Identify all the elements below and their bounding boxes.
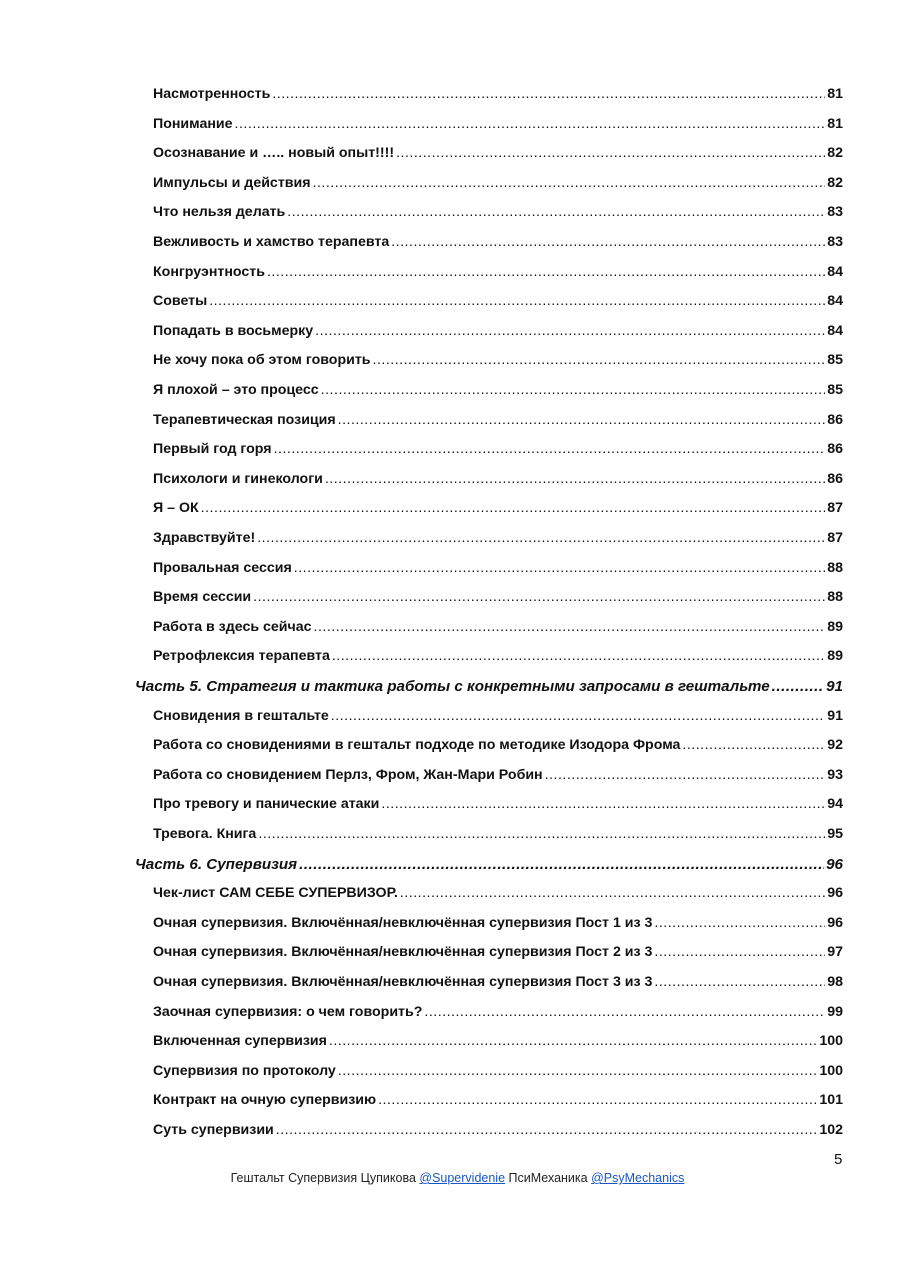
toc-entry[interactable]: Понимание ..............................… (153, 116, 843, 138)
toc-entry-title: Очная супервизия. Включённая/невключённа… (153, 944, 652, 960)
toc-entry-title: Контракт на очную супервизию (153, 1092, 376, 1108)
toc-entry-title: Суть супервизии (153, 1122, 274, 1138)
toc-entry-title: Заочная супервизия: о чем говорить? (153, 1004, 422, 1020)
toc-page-number: 88 (827, 560, 843, 576)
toc-entry-title: Провальная сессия (153, 560, 292, 576)
psymechanics-link[interactable]: @PsyMechanics (591, 1171, 684, 1185)
footer-text: ПсиМеханика (505, 1171, 591, 1185)
toc-leader-dots: ........................................… (682, 737, 825, 753)
toc-page-number: 81 (827, 86, 843, 102)
toc-page-number: 98 (827, 974, 843, 990)
toc-entry-title: Понимание (153, 116, 233, 132)
toc-entry-title: Я – ОК (153, 500, 199, 516)
toc-page-number: 96 (827, 885, 843, 901)
toc-page-number: 96 (827, 915, 843, 931)
toc-leader-dots: ........................................… (654, 915, 825, 931)
toc-leader-dots: ........................................… (253, 589, 825, 605)
toc-page-number: 99 (827, 1004, 843, 1020)
toc-entry-title: Очная супервизия. Включённая/невключённа… (153, 915, 652, 931)
toc-entry-title: Работа со сновидениями в гештальт подход… (153, 737, 680, 753)
toc-page-number: 87 (827, 530, 843, 546)
toc-entry[interactable]: Не хочу пока об этом говорить ..........… (153, 352, 843, 374)
toc-entry-title: Чек-лист САМ СЕБЕ СУПЕРВИЗОР. (153, 885, 398, 901)
document-page: Насмотренность..........................… (0, 0, 915, 1280)
toc-page-number: 89 (827, 648, 843, 664)
toc-entry[interactable]: Вежливость и хамство терапевта .........… (153, 234, 843, 256)
toc-entry[interactable]: Ретрофлексия терапевта..................… (153, 648, 843, 670)
toc-entry[interactable]: Сновидения в гештальте..................… (153, 708, 843, 730)
toc-page-number: 87 (827, 500, 843, 516)
toc-leader-dots: ........................................… (313, 175, 826, 191)
toc-page-number: 86 (827, 441, 843, 457)
toc-page-number: 84 (827, 264, 843, 280)
toc-entry-title: Часть 5. Стратегия и тактика работы с ко… (135, 678, 770, 695)
toc-page-number: 100 (819, 1033, 843, 1049)
toc-entry-title: Включенная супервизия (153, 1033, 327, 1049)
toc-entry[interactable]: Первый год горя ........................… (153, 441, 843, 463)
toc-page-number: 84 (827, 293, 843, 309)
toc-leader-dots: ........................................… (209, 293, 825, 309)
toc-entry[interactable]: Работа со сновидениями в гештальт подход… (153, 737, 843, 759)
toc-entry[interactable]: Я – ОК .................................… (153, 500, 843, 522)
toc-entry[interactable]: Время сессии ...........................… (153, 589, 843, 611)
page-footer: Гештальт Супервизия Цупикова @Superviden… (0, 1171, 915, 1185)
toc-entry[interactable]: Очная супервизия. Включённая/невключённа… (153, 944, 843, 966)
toc-entry[interactable]: Работа в здесь сейчас...................… (153, 619, 843, 641)
toc-entry[interactable]: Провальная сессия ......................… (153, 560, 843, 582)
toc-leader-dots: ........................................… (331, 708, 825, 724)
toc-leader-dots: ........................................… (315, 323, 825, 339)
toc-entry-title: Время сессии (153, 589, 251, 605)
toc-page-number: 85 (827, 352, 843, 368)
toc-page-number: 91 (826, 678, 843, 695)
toc-leader-dots: ........................................… (314, 619, 826, 635)
toc-page-number: 94 (827, 796, 843, 812)
toc-entry-title: Работа со сновидением Перлз, Фром, Жан-М… (153, 767, 543, 783)
toc-entry[interactable]: Я плохой – это процесс..................… (153, 382, 843, 404)
toc-leader-dots: ........................................… (332, 648, 825, 664)
toc-leader-dots: ........................................… (325, 471, 825, 487)
toc-entry-title: Терапевтическая позиция (153, 412, 336, 428)
toc-entry-title: Насмотренность (153, 86, 270, 102)
toc-entry[interactable]: Работа со сновидением Перлз, Фром, Жан-М… (153, 767, 843, 789)
toc-page-number: 93 (827, 767, 843, 783)
toc-leader-dots: ........................................… (654, 974, 825, 990)
page-number: 5 (834, 1151, 842, 1168)
toc-leader-dots: ........................................… (299, 856, 824, 873)
toc-leader-dots: ........................................… (276, 1122, 818, 1138)
toc-leader-dots: ........................................… (338, 412, 826, 428)
toc-leader-dots: ........................................… (373, 352, 826, 368)
toc-page-number: 88 (827, 589, 843, 605)
toc-entry[interactable]: Чек-лист САМ СЕБЕ СУПЕРВИЗОР. ..........… (153, 885, 843, 907)
toc-page-number: 81 (827, 116, 843, 132)
toc-entry-title: Про тревогу и панические атаки (153, 796, 379, 812)
toc-entry[interactable]: Терапевтическая позиция.................… (153, 412, 843, 434)
toc-page-number: 92 (827, 737, 843, 753)
toc-entry[interactable]: Заочная супервизия: о чем говорить?.....… (153, 1004, 843, 1026)
toc-entry[interactable]: Здравствуйте! ..........................… (153, 530, 843, 552)
toc-page-number: 83 (827, 204, 843, 220)
toc-leader-dots: ........................................… (424, 1004, 825, 1020)
toc-leader-dots: ........................................… (545, 767, 826, 783)
toc-entry[interactable]: Психологи и гинекологи..................… (153, 471, 843, 493)
toc-part-heading[interactable]: Часть 5. Стратегия и тактика работы с ко… (135, 678, 843, 700)
toc-leader-dots: ........................................… (272, 86, 825, 102)
toc-entry[interactable]: Суть супервизии ........................… (153, 1122, 843, 1144)
toc-entry-title: Супервизия по протоколу (153, 1063, 336, 1079)
toc-entry-title: Импульсы и действия (153, 175, 311, 191)
toc-leader-dots: ........................................… (329, 1033, 817, 1049)
toc-entry-title: Попадать в восьмерку (153, 323, 313, 339)
toc-leader-dots: ........................................… (235, 116, 826, 132)
toc-entry-title: Советы (153, 293, 207, 309)
toc-entry-title: Психологи и гинекологи (153, 471, 323, 487)
toc-entry[interactable]: Насмотренность..........................… (153, 86, 843, 108)
toc-entry-title: Здравствуйте! (153, 530, 255, 546)
toc-leader-dots: ........................................… (391, 234, 825, 250)
toc-entry[interactable]: Конгруэнтность .........................… (153, 264, 843, 286)
toc-entry[interactable]: Что нельзя делать.......................… (153, 204, 843, 226)
toc-page-number: 86 (827, 412, 843, 428)
toc-entry[interactable]: Включенная супервизия ..................… (153, 1033, 843, 1055)
toc-entry[interactable]: Попадать в восьмерку....................… (153, 323, 843, 345)
toc-leader-dots: ........................................… (274, 441, 826, 457)
toc-entry-title: Первый год горя (153, 441, 272, 457)
toc-page-number: 101 (819, 1092, 843, 1108)
toc-part-heading[interactable]: Часть 6. Супервизия.....................… (135, 856, 843, 878)
toc-entry-title: Работа в здесь сейчас (153, 619, 312, 635)
toc-entry[interactable]: Осознавание и ….. новый опыт!!!!........… (153, 145, 843, 167)
toc-leader-dots: ........................................… (772, 678, 824, 695)
toc-page-number: 91 (827, 708, 843, 724)
toc-leader-dots: ........................................… (381, 796, 825, 812)
toc-entry[interactable]: Советы..................................… (153, 293, 843, 315)
toc-entry-title: Ретрофлексия терапевта (153, 648, 330, 664)
toc-entry[interactable]: Супервизия по протоколу ................… (153, 1063, 843, 1085)
toc-entry[interactable]: Импульсы и действия ....................… (153, 175, 843, 197)
footer-text: Гештальт Супервизия Цупикова (231, 1171, 420, 1185)
toc-leader-dots: ........................................… (400, 885, 825, 901)
supervidenie-link[interactable]: @Supervidenie (419, 1171, 505, 1185)
toc-leader-dots: ........................................… (287, 204, 825, 220)
toc-page-number: 86 (827, 471, 843, 487)
toc-page-number: 83 (827, 234, 843, 250)
toc-leader-dots: ........................................… (338, 1063, 818, 1079)
toc-page-number: 102 (819, 1122, 843, 1138)
toc-page-number: 96 (826, 856, 843, 873)
toc-leader-dots: ........................................… (654, 944, 825, 960)
toc-leader-dots: ........................................… (321, 382, 826, 398)
toc-entry[interactable]: Очная супервизия. Включённая/невключённа… (153, 974, 843, 996)
toc-page-number: 97 (827, 944, 843, 960)
toc-entry-title: Тревога. Книга (153, 826, 256, 842)
toc-entry-title: Я плохой – это процесс (153, 382, 319, 398)
toc-entry-title: Вежливость и хамство терапевта (153, 234, 389, 250)
toc-entry[interactable]: Контракт на очную супервизию ...........… (153, 1092, 843, 1114)
toc-page-number: 100 (819, 1063, 843, 1079)
toc-entry-title: Что нельзя делать (153, 204, 285, 220)
toc-entry[interactable]: Очная супервизия. Включённая/невключённа… (153, 915, 843, 937)
toc-leader-dots: ........................................… (378, 1092, 817, 1108)
toc-entry-title: Часть 6. Супервизия (135, 856, 297, 873)
toc-page-number: 84 (827, 323, 843, 339)
toc-leader-dots: ........................................… (201, 500, 826, 516)
toc-entry-title: Осознавание и ….. новый опыт!!!! (153, 145, 394, 161)
toc-entry-title: Очная супервизия. Включённая/невключённа… (153, 974, 652, 990)
toc-leader-dots: ........................................… (294, 560, 825, 576)
toc-entry-title: Конгруэнтность (153, 264, 265, 280)
toc-leader-dots: ........................................… (257, 530, 825, 546)
toc-page-number: 89 (827, 619, 843, 635)
toc-leader-dots: ........................................… (258, 826, 825, 842)
toc-page-number: 95 (827, 826, 843, 842)
toc-page-number: 82 (827, 175, 843, 191)
toc-entry[interactable]: Про тревогу и панические атаки .........… (153, 796, 843, 818)
toc-leader-dots: ........................................… (396, 145, 825, 161)
toc-entry-title: Сновидения в гештальте (153, 708, 329, 724)
toc-entry-title: Не хочу пока об этом говорить (153, 352, 371, 368)
toc-page-number: 85 (827, 382, 843, 398)
toc-page-number: 82 (827, 145, 843, 161)
toc-entry[interactable]: Тревога. Книга .........................… (153, 826, 843, 848)
toc-leader-dots: ........................................… (267, 264, 825, 280)
